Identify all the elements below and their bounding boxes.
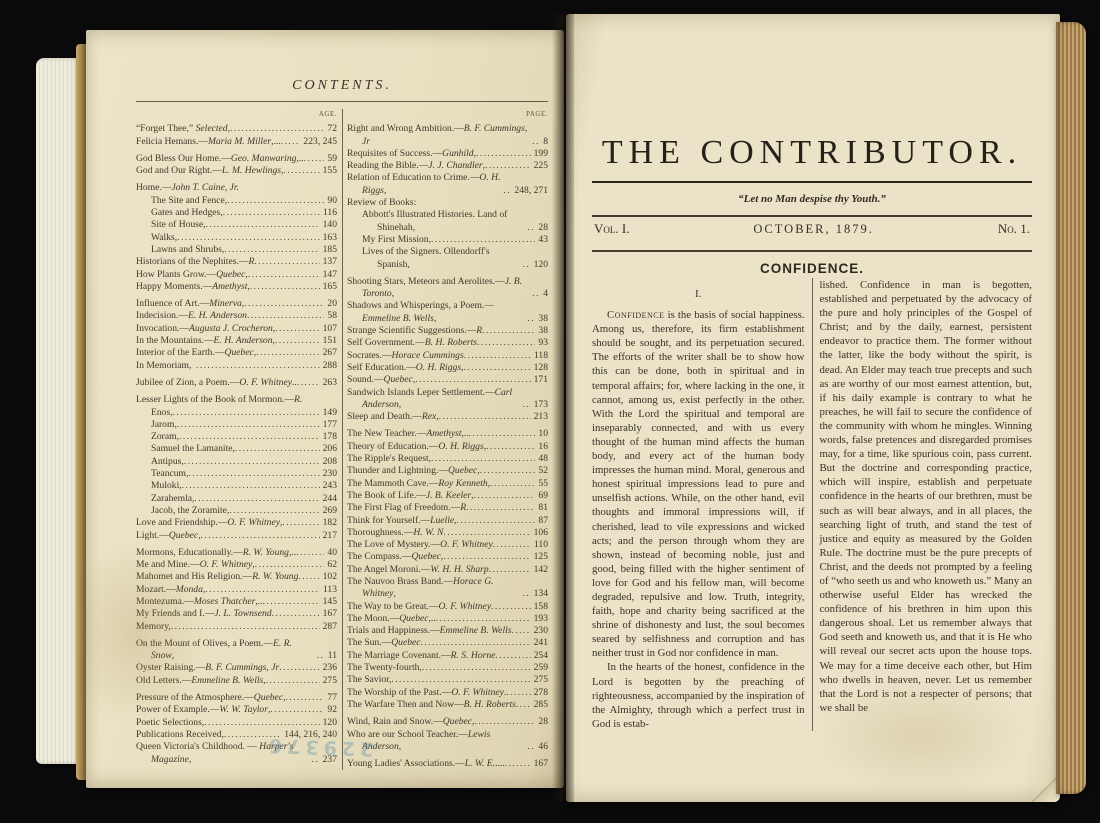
masthead-rule (592, 181, 1032, 183)
toc-page-number: 206 (320, 443, 337, 455)
dot-leader (244, 298, 324, 310)
toc-entry-title: Oyster Raising.—B. F. Cummings, Jr (136, 662, 279, 674)
toc-entry: Shadows and Whisperings, a Poem.—Emmelin… (347, 300, 548, 325)
toc-entry: The Twenty-fourth,259 (347, 662, 548, 674)
toc-entry-title: Zoram, (151, 431, 179, 443)
toc-entry: Poetic Selections,120 (136, 717, 337, 729)
toc-page-number: 248, 271 (511, 185, 548, 197)
dot-leader (317, 650, 325, 662)
table-of-contents: AGE. “Forget Thee,” Selected,72Felicia H… (136, 109, 548, 770)
toc-entry: In the Mountains.—E. H. Anderson,151 (136, 335, 337, 347)
dot-leader (194, 493, 319, 505)
small-caps-lead: Confidence (607, 309, 665, 321)
dot-leader (224, 244, 319, 256)
dot-leader (297, 377, 320, 389)
dot-leader (431, 453, 535, 465)
toc-page-number: 81 (535, 502, 548, 514)
toc-entry-title: Zarahemla, (151, 493, 194, 505)
toc-page-number: 182 (320, 517, 337, 529)
dot-leader (182, 480, 320, 492)
toc-entry: Mormons, Educationally.—R. W. Young,..40 (136, 547, 337, 559)
toc-entry: Requisites of Success.—Gunhild,199 (347, 148, 548, 160)
dot-leader (421, 637, 531, 649)
toc-entry-title: Love and Friendship.—O. F. Whitney, (136, 517, 282, 529)
toc-page-number: 87 (535, 515, 548, 527)
article-text-left: Confidence is the basis of social happin… (592, 308, 805, 731)
toc-page-number: 185 (320, 244, 337, 256)
dot-leader (415, 374, 530, 386)
toc-entry-title: The Way to be Great.—O. F. Whitney (347, 601, 491, 613)
toc-entry: Lesser Lights of the Book of Mormon.—R. (136, 394, 337, 406)
right-page-edge-stack (1056, 22, 1086, 794)
toc-entry: Sandwich Islands Leper Settlement.—Carl … (347, 387, 548, 412)
toc-page-number: 213 (531, 411, 548, 423)
toc-entry: Old Letters.—Emmeline B. Wells,275 (136, 675, 337, 687)
dot-leader (177, 419, 320, 431)
toc-page-number: 178 (320, 431, 337, 443)
volume-label: Vol. I. (594, 221, 629, 237)
toc-entry-title: Enos, (151, 407, 173, 419)
toc-entry-title: Publications Received, (136, 729, 224, 741)
toc-entry: God and Our Right.—L. M. Hewlings,155 (136, 165, 337, 177)
toc-entry: The Nauvoo Brass Band.—Horace G. Whitney… (347, 576, 548, 601)
toc-page-number: 55 (535, 478, 548, 490)
toc-entry-title: God Bless Our Home.—Geo. Manwaring,.. (136, 153, 304, 165)
toc-entry: God Bless Our Home.—Geo. Manwaring,..59 (136, 153, 337, 165)
toc-entry: Socrates.—Horace Cummings118 (347, 350, 548, 362)
toc-entry: Reading the Bible.—J. J. Chandler,225 (347, 160, 548, 172)
toc-page-number: 116 (320, 207, 337, 219)
toc-entry-title: Power of Example.—W. W. Taylor, (136, 704, 270, 716)
toc-entry: Oyster Raising.—B. F. Cummings, Jr236 (136, 662, 337, 674)
toc-entry-title: Me and Mine.—O. F. Whitney, (136, 559, 255, 571)
toc-page-number: 173 (531, 399, 548, 411)
number-label: No. 1. (998, 221, 1030, 237)
toc-entry: Site of House,140 (136, 219, 337, 231)
toc-entry: Think for Yourself.—Luelle,87 (347, 515, 548, 527)
dot-leader (275, 323, 319, 335)
issue-date: OCTOBER, 1879. (753, 222, 874, 237)
toc-entry: Who are our School Teacher.—Lewis Anders… (347, 729, 548, 754)
dot-leader (255, 559, 325, 571)
toc-page-number: 128 (531, 362, 548, 374)
toc-entry-title: Poetic Selections, (136, 717, 204, 729)
toc-entry-title: The Love of Mystery.—O. F. Whitney (347, 539, 493, 551)
toc-entry: Samuel the Lamanite,206 (136, 443, 337, 455)
toc-entry-title: The Ripple's Request, (347, 453, 431, 465)
toc-page-number: 151 (320, 335, 337, 347)
photo-backdrop: { "colors":{"backdrop":"#0b0b0d","page":… (0, 0, 1100, 823)
dot-leader (422, 662, 531, 674)
toc-entry-title: Mahomet and His Religion.—R. W. Young (136, 571, 298, 583)
toc-entry: Sound.—Quebec,171 (347, 374, 548, 386)
toc-entry: Shooting Stars, Meteors and Aerolites.—J… (347, 276, 548, 301)
toc-entry-title: Right and Wrong Ambition.—B. F. Cummings… (347, 123, 532, 148)
toc-page-number: 11 (325, 650, 337, 662)
toc-entry-title: Influence of Art.—Minerva, (136, 298, 244, 310)
toc-entry-title: Samuel the Lamanite, (151, 443, 235, 455)
toc-page-number: 241 (531, 637, 548, 649)
toc-page-number: 118 (531, 350, 548, 362)
toc-entry-title: Shadows and Whisperings, a Poem.—Emmelin… (347, 300, 527, 325)
article-paragraph: Confidence is the basis of social happin… (592, 308, 805, 660)
dot-leader (250, 281, 320, 293)
contents-rule (136, 101, 548, 102)
toc-page-number: 244 (320, 493, 337, 505)
open-book: CONTENTS. AGE. “Forget Thee,” Selected,7… (0, 0, 1100, 823)
toc-entry: Montezuma.—Moses Thatcher,..145 (136, 596, 337, 608)
dot-leader (196, 360, 320, 372)
toc-page-number: 28 (535, 716, 548, 728)
dot-leader (248, 269, 320, 281)
toc-entry: Interior of the Earth.—Quebec,267 (136, 347, 337, 359)
toc-entry: Power of Example.—W. W. Taylor,92 (136, 704, 337, 716)
toc-page-number: 93 (535, 337, 548, 349)
toc-page-number: 236 (320, 662, 337, 674)
dot-leader (206, 219, 320, 231)
toc-entry: Review of Books: (347, 197, 548, 209)
toc-page-number: 137 (320, 256, 337, 268)
toc-entry: Enos,149 (136, 407, 337, 419)
contents-heading: CONTENTS. (136, 78, 548, 94)
toc-entry: In Memoriam,288 (136, 360, 337, 372)
toc-entry: Light.—Quebec,217 (136, 530, 337, 542)
toc-entry-title: The Angel Moroni.—W. H. H. Sharp (347, 564, 489, 576)
double-rule-lower (592, 250, 1032, 252)
toc-page-number: 48 (535, 453, 548, 465)
toc-page-number: 269 (320, 505, 337, 517)
contents-block: CONTENTS. AGE. “Forget Thee,” Selected,7… (136, 78, 548, 770)
toc-page-number: 28 (535, 222, 548, 234)
toc-entry-title: Felicia Hemans.—Maria M. Miller,... (136, 136, 281, 148)
toc-entry: The Worship of the Past.—O. F. Whitney.2… (347, 687, 548, 699)
article-paragraph: In the hearts of the honest, confidence … (592, 660, 805, 730)
toc-entry-title: Invocation.—Augusta J. Crocheron, (136, 323, 275, 335)
dot-leader (256, 347, 319, 359)
toc-entry-title: Reading the Bible.—J. J. Chandler, (347, 160, 485, 172)
toc-entry-title: The New Teacher.—Amethyst,.. (347, 428, 469, 440)
dot-leader (200, 530, 319, 542)
toc-page-number: 263 (320, 377, 337, 389)
toc-entry-title: How Plants Grow.—Quebec, (136, 269, 248, 281)
toc-page-number: 113 (320, 584, 337, 596)
toc-page-number: 102 (320, 571, 337, 583)
dot-leader (230, 123, 324, 135)
toc-entry-title: Self Government.—B. H. Roberts (347, 337, 477, 349)
dot-leader (204, 717, 319, 729)
toc-entry-title: Historians of the Nephites.—R (136, 256, 254, 268)
toc-page-number: 16 (535, 441, 548, 453)
toc-entry-title: Thoroughness.—H. W. N (347, 527, 443, 539)
toc-entry-title: Shooting Stars, Meteors and Aerolites.—J… (347, 276, 532, 301)
dot-leader (516, 699, 531, 711)
dot-leader (489, 564, 531, 576)
toc-page-number: 254 (531, 650, 548, 662)
dot-leader (482, 325, 535, 337)
dot-leader (523, 259, 531, 271)
toc-entry-title: Old Letters.—Emmeline B. Wells, (136, 675, 266, 687)
toc-entry: The Warfare Then and Now—B. H. Roberts28… (347, 699, 548, 711)
toc-entry-title: Abbott's Illustrated Histories. Land of … (362, 209, 527, 234)
toc-entry-title: The Warfare Then and Now—B. H. Roberts (347, 699, 516, 711)
dot-leader (469, 428, 536, 440)
toc-page-number: 225 (531, 160, 548, 172)
toc-entry: Teancum,230 (136, 468, 337, 480)
dot-leader (476, 148, 531, 160)
motto: “Let no Man despise thy Youth.” (592, 193, 1032, 205)
toc-page-number: 208 (320, 456, 337, 468)
dot-leader (171, 621, 320, 633)
dot-leader (506, 687, 530, 699)
toc-entry: Thunder and Lightning.—Quebec,52 (347, 465, 548, 477)
toc-entry-title: Site of House, (151, 219, 206, 231)
toc-entry: My Friends and I.—J. L. Townsend167 (136, 608, 337, 620)
toc-entry-title: Lesser Lights of the Book of Mormon.—R. (136, 394, 302, 406)
toc-entry: The New Teacher.—Amethyst,..10 (347, 428, 548, 440)
dot-leader (391, 674, 530, 686)
toc-page-number: 177 (320, 419, 337, 431)
dot-leader (235, 443, 320, 455)
dot-leader (298, 571, 319, 583)
toc-entry-title: Think for Yourself.—Luelle, (347, 515, 457, 527)
toc-page-number: 43 (535, 234, 548, 246)
toc-page-number: 230 (320, 468, 337, 480)
dot-leader (493, 539, 531, 551)
toc-entry-title: On the Mount of Olives, a Poem.—E. R. Sn… (136, 638, 317, 663)
toc-entry: Influence of Art.—Minerva,20 (136, 298, 337, 310)
toc-entry-title: The Nauvoo Brass Band.—Horace G. Whitney… (347, 576, 523, 601)
toc-entry-title: My First Mission, (362, 234, 431, 246)
toc-entry: Felicia Hemans.—Maria M. Miller,...223, … (136, 136, 337, 148)
toc-entry: Pressure of the Atmosphere.—Quebec,77 (136, 692, 337, 704)
toc-entry-title: Review of Books: (347, 197, 416, 209)
toc-entry-title: Thunder and Lightning.—Quebec, (347, 465, 480, 477)
dot-leader (270, 704, 324, 716)
dot-leader (491, 601, 531, 613)
toc-entry-title: Memory, (136, 621, 171, 633)
dot-leader (254, 256, 319, 268)
toc-entry: The Moon.—Quebec,..193 (347, 613, 548, 625)
toc-page-number: 285 (531, 699, 548, 711)
dot-leader (184, 456, 320, 468)
toc-page-number: 110 (531, 539, 548, 551)
toc-entry-title: The Site and Fence, (151, 195, 227, 207)
toc-page-number: 10 (535, 428, 548, 440)
toc-entry: The Sun.—Quebec241 (347, 637, 548, 649)
dot-leader (272, 608, 320, 620)
toc-column-divider (342, 109, 343, 770)
toc-entry: Gates and Hedges,116 (136, 207, 337, 219)
toc-page-number: 163 (320, 232, 337, 244)
dot-leader (457, 515, 536, 527)
toc-entry: Theory of Education.—O. H. Riggs,16 (347, 441, 548, 453)
toc-entry: The Angel Moroni.—W. H. H. Sharp142 (347, 564, 548, 576)
toc-page-number: 77 (324, 692, 337, 704)
toc-page-number: 217 (320, 530, 337, 542)
toc-page-number: 167 (531, 758, 548, 770)
toc-page-number: 158 (531, 601, 548, 613)
toc-entry: Memory,287 (136, 621, 337, 633)
toc-entry: Abbott's Illustrated Histories. Land of … (347, 209, 548, 234)
dot-leader (179, 431, 320, 443)
dot-leader (532, 136, 540, 148)
dot-leader (279, 662, 319, 674)
toc-entry: Self Government.—B. H. Roberts93 (347, 337, 548, 349)
toc-page-number: 58 (324, 310, 337, 322)
dot-leader (431, 234, 535, 246)
toc-page-number: 267 (320, 347, 337, 359)
toc-entry: Zoram,178 (136, 431, 337, 443)
toc-entry: Young Ladies' Associations.—L. W. E.....… (347, 758, 548, 770)
dot-leader (527, 222, 535, 234)
toc-entry: Self Education.—O. H. Riggs,128 (347, 362, 548, 374)
article-column-left: I. Confidence is the basis of social hap… (592, 278, 805, 731)
toc-page-number: 52 (535, 465, 548, 477)
issue-line: Vol. I. OCTOBER, 1879. No. 1. (592, 217, 1032, 240)
toc-page-number: 275 (320, 675, 337, 687)
page-column-label-right: PAGE. (347, 109, 548, 121)
toc-entry-title: Theory of Education.—O. H. Riggs, (347, 441, 486, 453)
toc-entry-title: Relation of Education to Crime.—O. H. Ri… (347, 172, 503, 197)
toc-entry-title: Socrates.—Horace Cummings (347, 350, 464, 362)
toc-entry: Mozart.—Monda,113 (136, 584, 337, 596)
toc-entry: My First Mission,43 (347, 234, 548, 246)
toc-entry: The Way to be Great.—O. F. Whitney158 (347, 601, 548, 613)
toc-entry-title: The Book of Life.—J. B. Keeler, (347, 490, 474, 502)
toc-entry-title: Indecision.—E. H. Anderson (136, 310, 247, 322)
toc-entry-title: “Forget Thee,” Selected, (136, 123, 230, 135)
toc-entry: Antipus,208 (136, 456, 337, 468)
dot-leader (229, 505, 319, 517)
toc-page-number: 59 (324, 153, 337, 165)
toc-entry-title: Young Ladies' Associations.—L. W. E..... (347, 758, 505, 770)
toc-page-number: 20 (324, 298, 337, 310)
toc-entry: Invocation.—Augusta J. Crocheron,107 (136, 323, 337, 335)
toc-entry: Lawns and Shrubs,185 (136, 244, 337, 256)
toc-entry-title: Teancum, (151, 468, 188, 480)
toc-entry-title: The First Flag of Freedom.—R (347, 502, 466, 514)
section-numeral: I. (592, 287, 805, 301)
toc-page-number: 171 (531, 374, 548, 386)
toc-page-number: 69 (535, 490, 548, 502)
toc-entry: Zarahemla,244 (136, 493, 337, 505)
article-paragraph: lished. Confidence in man is begotten, e… (819, 278, 1032, 715)
dot-leader (463, 362, 530, 374)
toc-entry-title: Mozart.—Monda, (136, 584, 205, 596)
toc-entry: Lives of the Signers. Ollendorff's Spani… (347, 246, 548, 271)
toc-page-number: 288 (320, 360, 337, 372)
toc-entry: The First Flag of Freedom.—R81 (347, 502, 548, 514)
toc-entry-title: Home.—John T. Caine, Jr. (136, 182, 239, 194)
toc-column-right: PAGE. Right and Wrong Ambition.—B. F. Cu… (347, 109, 548, 770)
dot-leader (495, 650, 530, 662)
toc-entry: The Site and Fence,90 (136, 195, 337, 207)
toc-page-number: 275 (531, 674, 548, 686)
toc-entry-title: Mormons, Educationally.—R. W. Young,.. (136, 547, 296, 559)
toc-entry: The Book of Life.—J. B. Keeler,69 (347, 490, 548, 502)
dot-leader (477, 337, 535, 349)
toc-entry: Sleep and Death.—Rex,213 (347, 411, 548, 423)
toc-page-number: 140 (320, 219, 337, 231)
toc-entry-title: In Memoriam, (136, 360, 196, 372)
toc-page-number: 38 (535, 325, 548, 337)
toc-entry-title: Self Education.—O. H. Riggs, (347, 362, 463, 374)
toc-page-number: 199 (531, 148, 548, 160)
toc-page-number: 40 (324, 547, 337, 559)
toc-page-number: 287 (320, 621, 337, 633)
toc-entry-title: God and Our Right.—L. M. Hewlings, (136, 165, 283, 177)
toc-entry: The Ripple's Request,48 (347, 453, 548, 465)
article-title: CONFIDENCE. (592, 261, 1032, 276)
toc-entry-title: The Mammoth Cave.—Roy Kenneth, (347, 478, 490, 490)
title-page: THE CONTRIBUTOR. “Let no Man despise thy… (566, 14, 1060, 802)
dot-leader (532, 288, 540, 300)
toc-entry: The Mammoth Cave.—Roy Kenneth,55 (347, 478, 548, 490)
dot-leader (281, 136, 301, 148)
toc-entry: Jacob, the Zoramite,269 (136, 505, 337, 517)
toc-entry: Muloki,243 (136, 480, 337, 492)
dot-leader (296, 547, 324, 559)
dot-leader (439, 411, 531, 423)
dot-leader (527, 741, 535, 753)
toc-entry: Home.—John T. Caine, Jr. (136, 182, 337, 194)
toc-page-number: 4 (540, 288, 548, 300)
toc-entry-title: The Sun.—Quebec (347, 637, 421, 649)
toc-entry-title: My Friends and I.—J. L. Townsend (136, 608, 272, 620)
toc-page-number: 62 (324, 559, 337, 571)
toc-entry-title: Jacob, the Zoramite, (151, 505, 229, 517)
toc-page-number: 125 (531, 551, 548, 563)
dot-leader (464, 350, 531, 362)
toc-entry: The Marriage Covenant.—R. S. Horne254 (347, 650, 548, 662)
toc-entry-title: The Moon.—Quebec,.. (347, 613, 436, 625)
dot-leader (247, 310, 324, 322)
toc-entry: Strange Scientific Suggestions.—R38 (347, 325, 548, 337)
dot-leader (443, 551, 530, 563)
dot-leader (266, 675, 320, 687)
title-block: THE CONTRIBUTOR. “Let no Man despise thy… (592, 14, 1032, 731)
toc-page-number: 149 (320, 407, 337, 419)
toc-page-number: 72 (324, 123, 337, 135)
dot-leader (285, 692, 324, 704)
toc-page-number: 107 (320, 323, 337, 335)
toc-page-number: 278 (531, 687, 548, 699)
toc-page-number: 106 (531, 527, 548, 539)
toc-page-number: 243 (320, 480, 337, 492)
toc-page-number: 90 (324, 195, 337, 207)
toc-entry-title: The Compass.—Quebec, (347, 551, 443, 563)
toc-entry: Indecision.—E. H. Anderson58 (136, 310, 337, 322)
contents-page: CONTENTS. AGE. “Forget Thee,” Selected,7… (86, 30, 564, 788)
left-page-edge-stack (36, 58, 80, 764)
toc-entry: How Plants Grow.—Quebec,147 (136, 269, 337, 281)
dot-leader (523, 588, 531, 600)
dot-leader (173, 407, 320, 419)
toc-entry-title: Happy Moments.—Amethyst, (136, 281, 250, 293)
dot-leader (282, 517, 319, 529)
toc-page-number: 155 (320, 165, 337, 177)
dot-leader (205, 584, 320, 596)
toc-page-number: 167 (320, 608, 337, 620)
dot-leader (227, 195, 324, 207)
dot-leader (505, 758, 531, 770)
toc-page-number: 230 (531, 625, 548, 637)
toc-page-number: 259 (531, 662, 548, 674)
toc-entry-title: Montezuma.—Moses Thatcher,.. (136, 596, 263, 608)
dot-leader (223, 207, 320, 219)
toc-entry-title: Interior of the Earth.—Quebec, (136, 347, 256, 359)
dot-leader (490, 478, 535, 490)
